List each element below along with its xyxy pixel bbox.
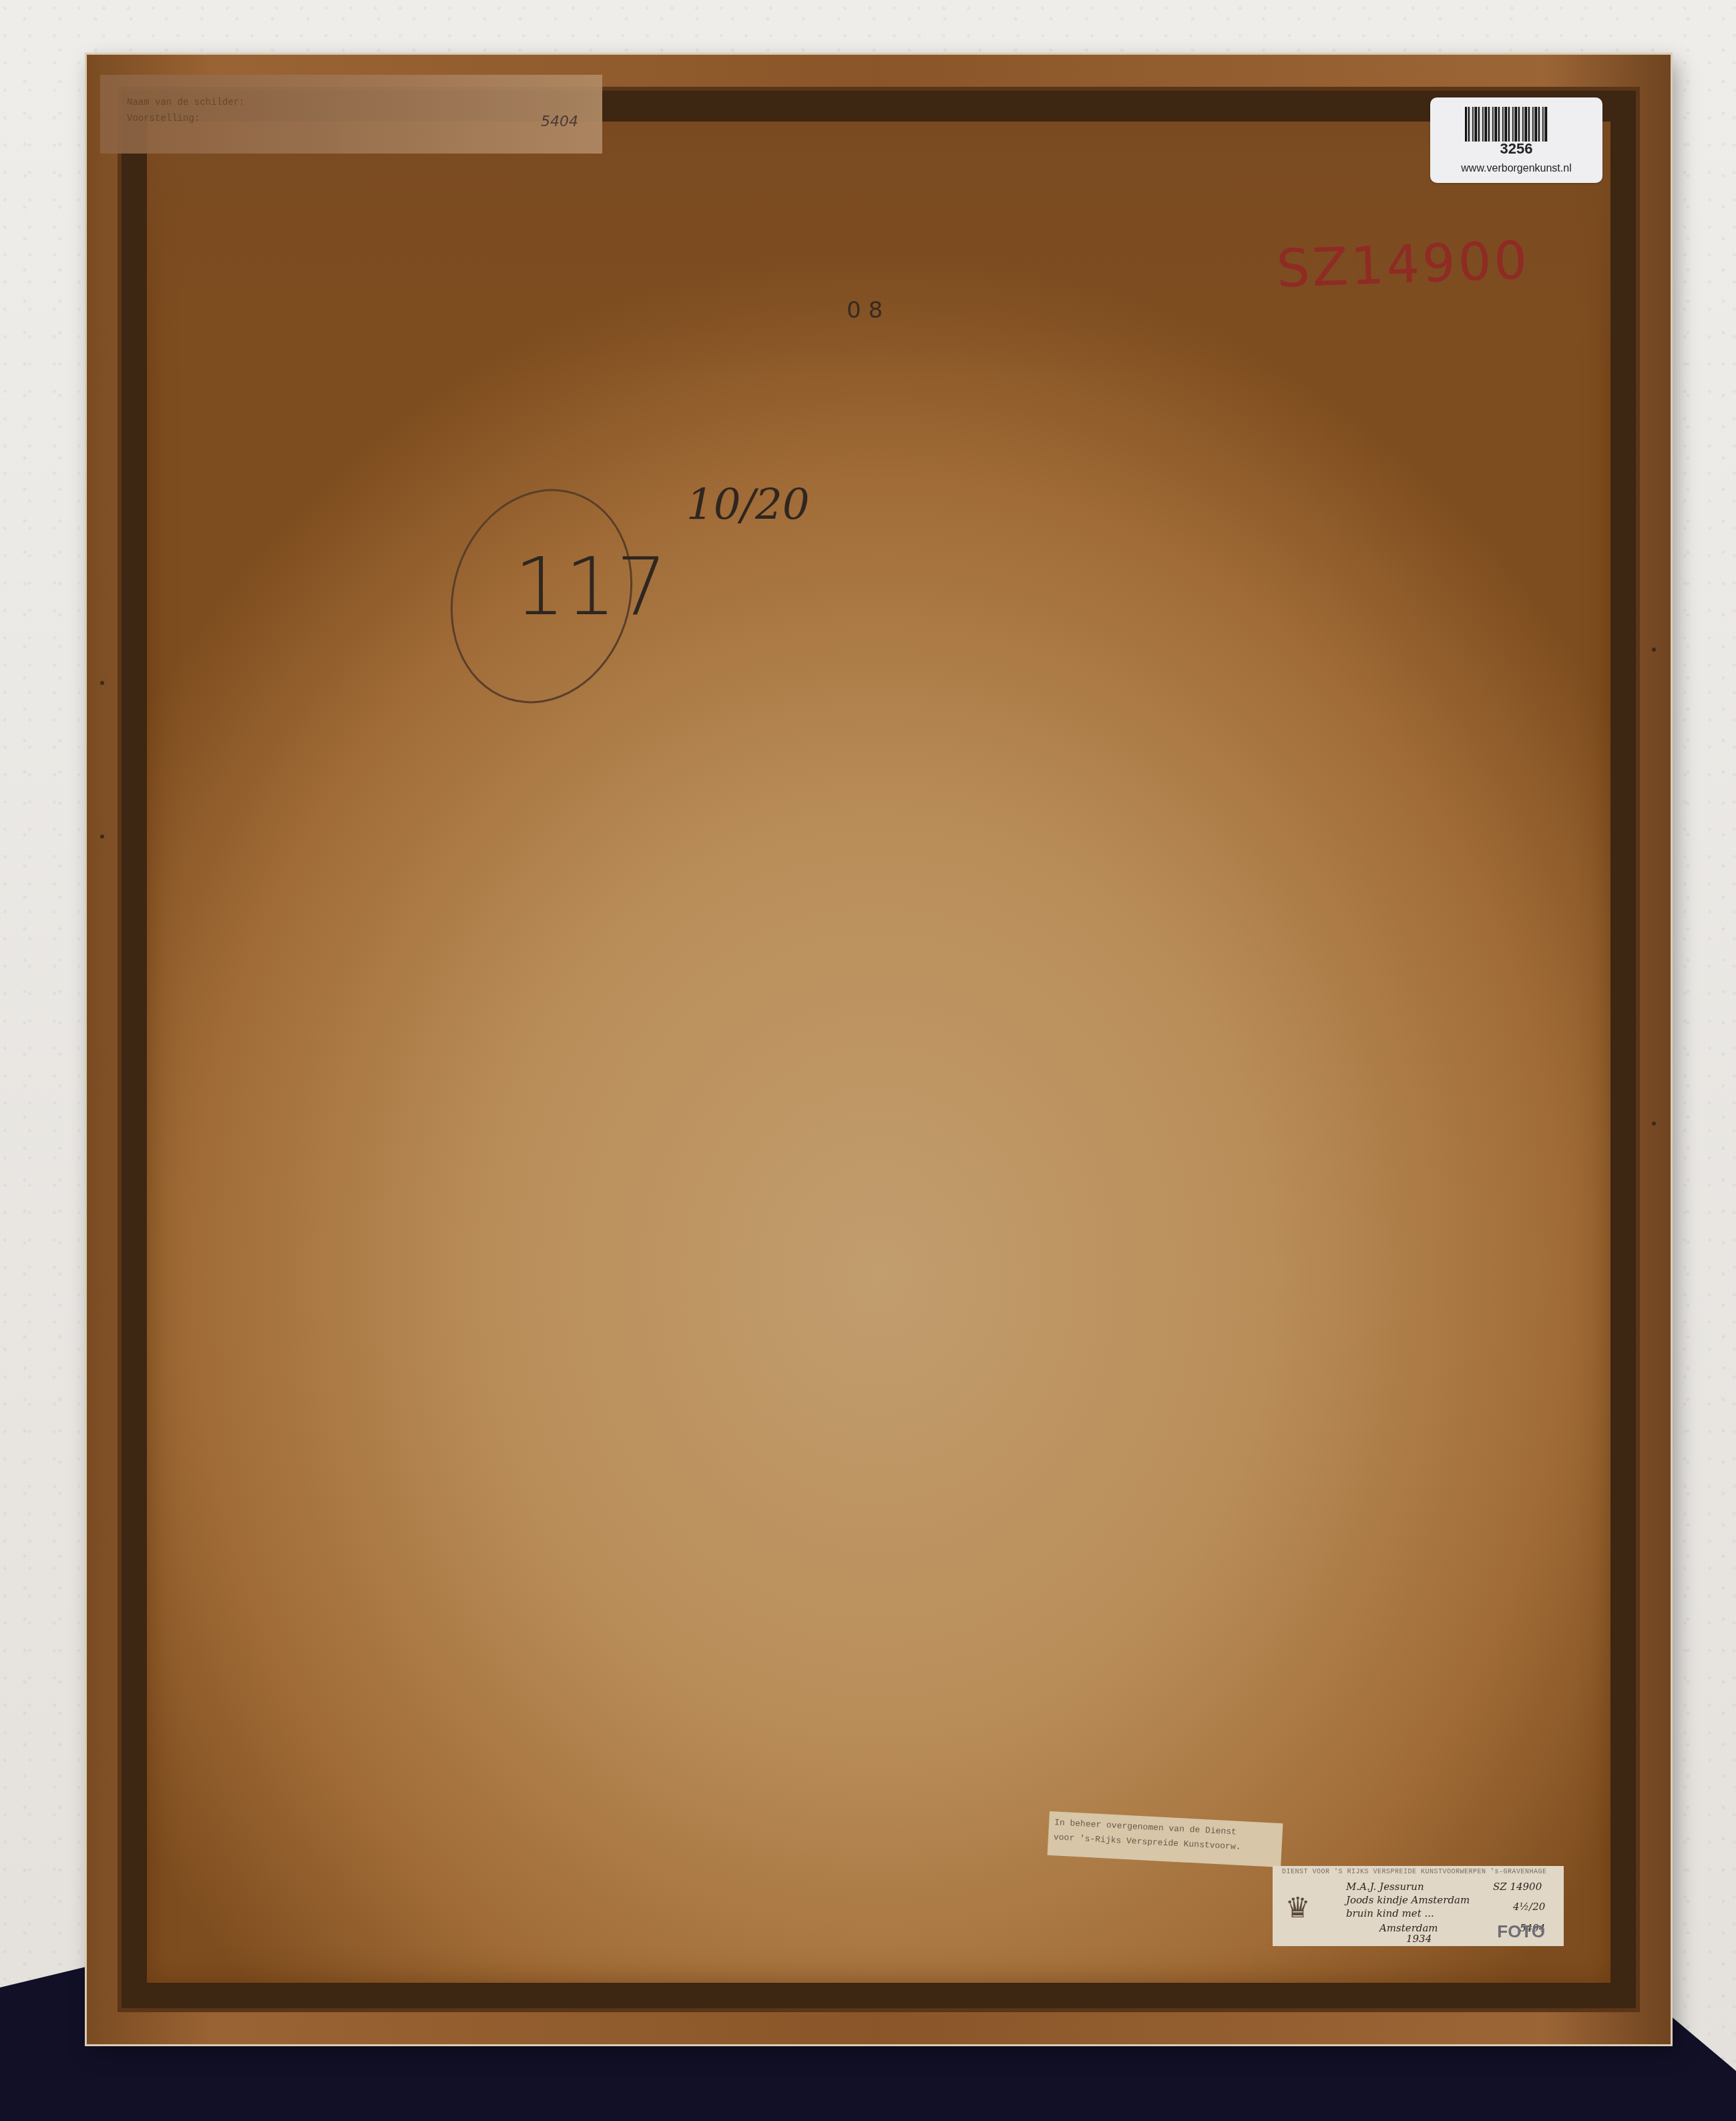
old-label-line: Naam van de schilder: [127,95,244,111]
label-title-2: bruin kind met ... [1346,1907,1434,1919]
barcode-icon [1465,107,1548,142]
pencil-fraction: 10/20 [686,481,809,530]
foto-stamp: FOTO [1497,1921,1545,1942]
label-date: 1934 [1406,1933,1432,1945]
picture-frame [87,55,1671,2044]
lion-crest-icon: ♛ [1287,1886,1308,1928]
nail-icon [100,835,104,839]
old-label-line: Voorstelling: [127,111,244,127]
label-header: DIENST VOOR 'S RIJKS VERSPREIDE KUNSTVOO… [1282,1869,1547,1876]
label-size: 4½/20 [1513,1901,1545,1913]
rijksdienst-label: DIENST VOOR 'S RIJKS VERSPREIDE KUNSTVOO… [1273,1866,1564,1946]
nail-icon [100,681,104,685]
old-paper-label: Naam van de schilder: Voorstelling: 5404 [100,75,602,154]
nail-icon [1652,1122,1656,1126]
auction-barcode-sticker: 3256 www.verborgenkunst.nl [1430,97,1602,183]
red-inventory-code: SZ14900 [1276,230,1531,299]
sticker-url: www.verborgenkunst.nl [1430,163,1602,175]
label-artist: M.A.J. Jessurun [1346,1881,1424,1893]
label-title: Joods kindje Amsterdam [1346,1894,1470,1906]
nail-icon [1652,648,1656,652]
circled-number: 117 [514,541,667,634]
backing-board [147,122,1610,1983]
label-inventory: SZ 14900 [1493,1881,1542,1893]
lot-number: 3256 [1430,140,1602,158]
old-label-number: 5404 [541,113,578,130]
pencil-marks: 0 8 [847,297,883,324]
